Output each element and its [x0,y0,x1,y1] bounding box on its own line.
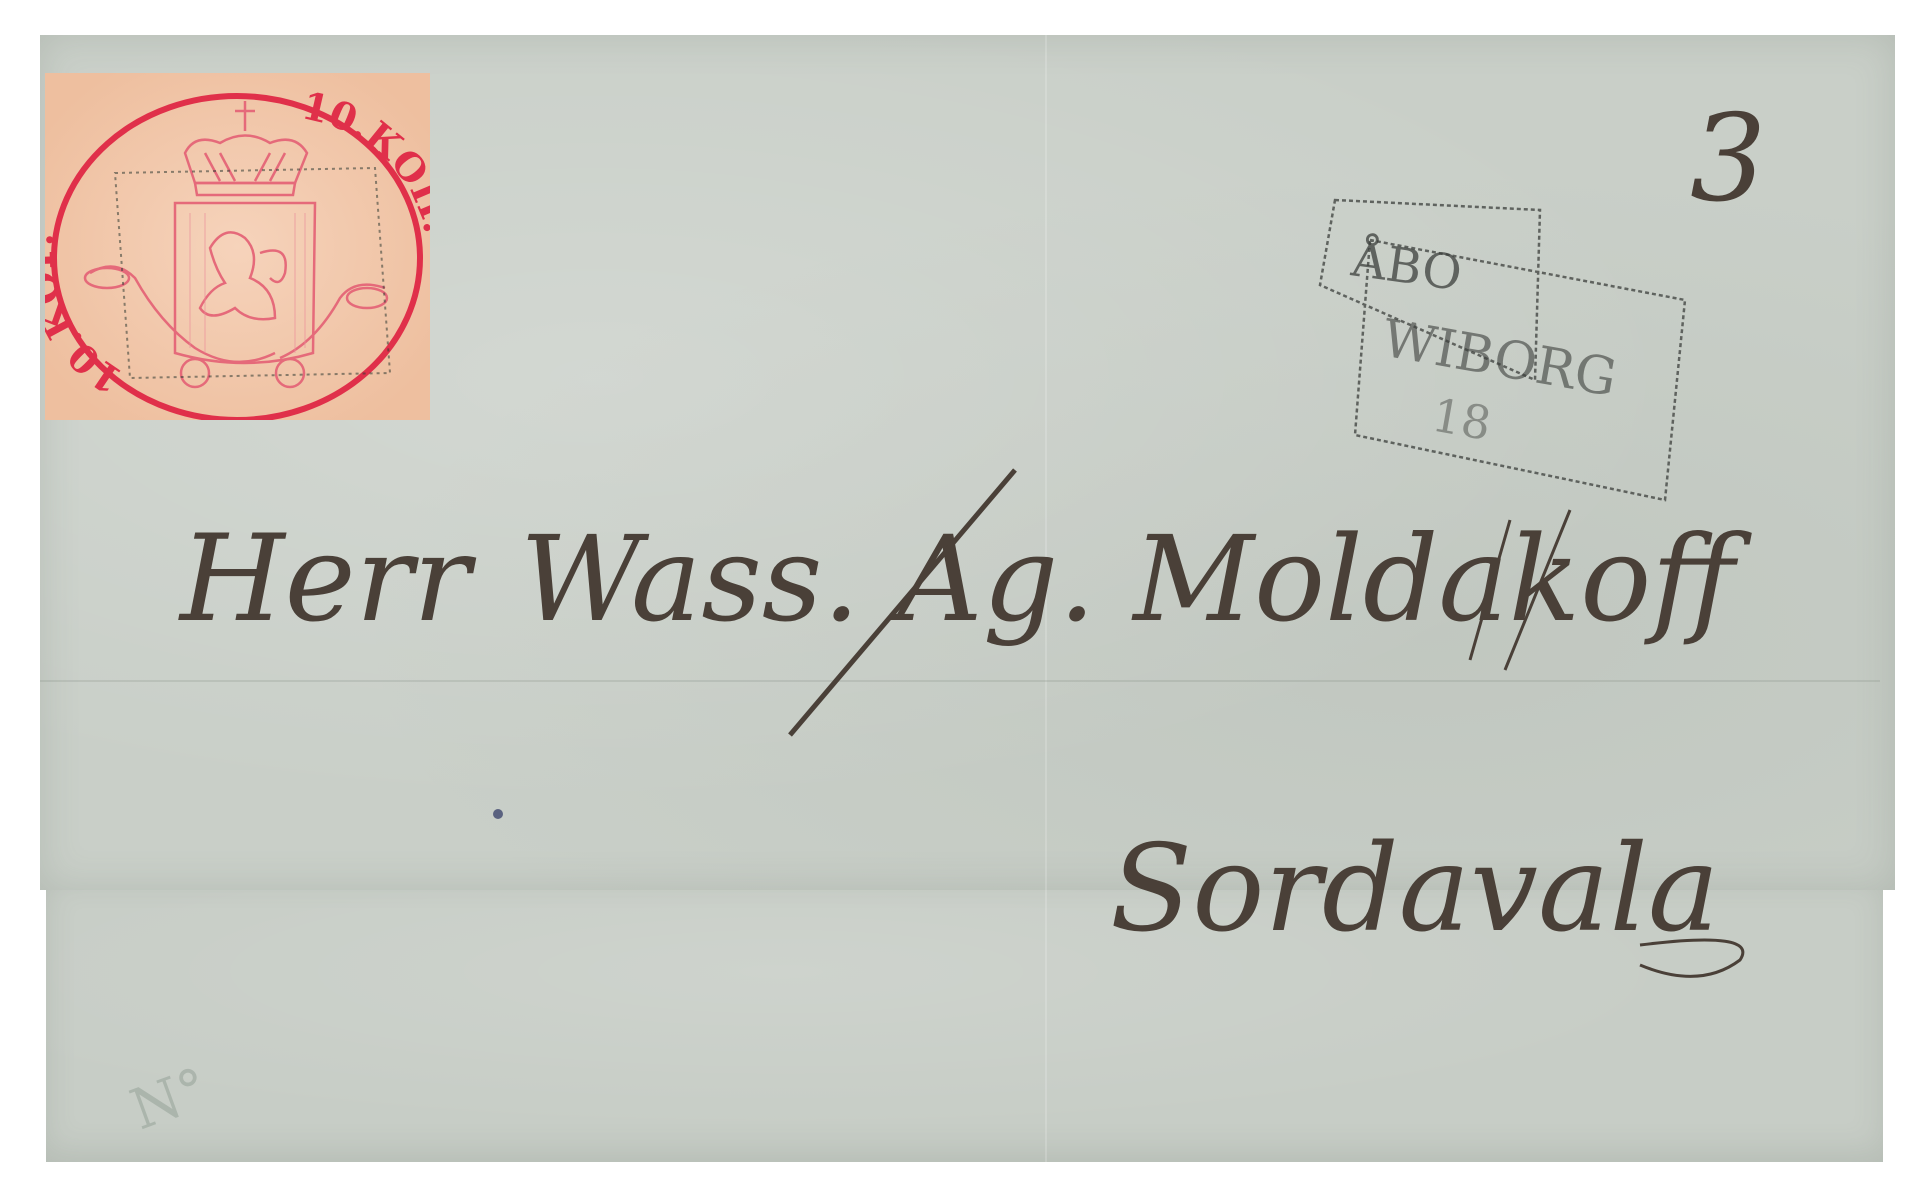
lion-icon [200,232,275,319]
postmark-cancellation: ÅBO WIBORG 18 [1310,180,1710,520]
letter-cover-lower-fold [46,890,1883,1162]
post-horn-right-icon [280,285,385,358]
stamp-design: 10.KOP. 10.КОП. [45,73,430,420]
stamp-denomination-left: 10.KOP. [45,230,130,403]
horizontal-fold-line [40,680,1880,682]
shield-icon [175,203,315,363]
postmark-town-two: WIBORG [1378,309,1621,409]
crown-cross-icon [85,101,387,387]
postage-stamp: 10.KOP. 10.КОП. [45,73,430,420]
postmark-date: 18 [1428,388,1495,451]
post-horn-left-icon [90,267,275,362]
vertical-fold-line [1045,35,1047,1162]
ink-dot [493,809,503,819]
